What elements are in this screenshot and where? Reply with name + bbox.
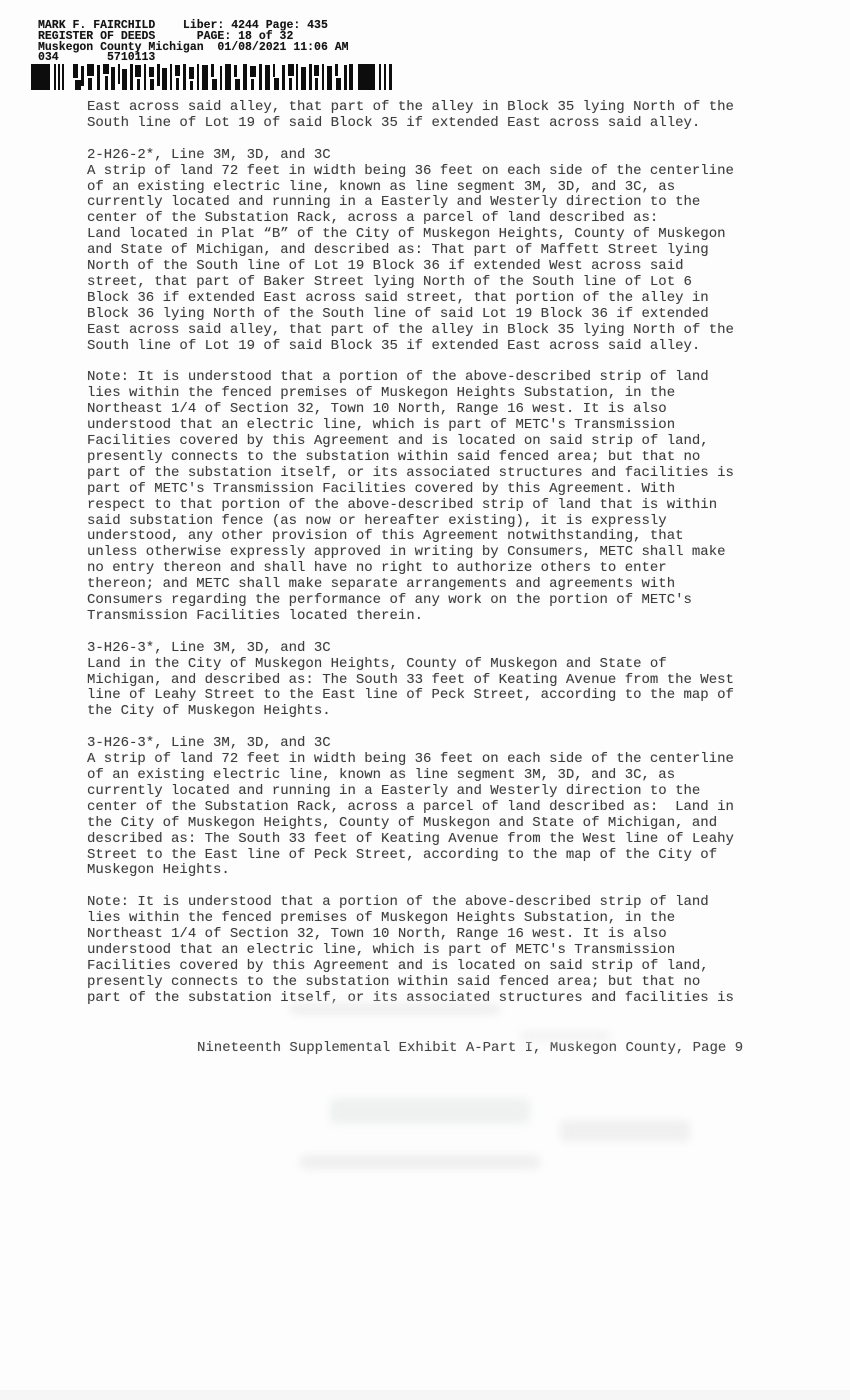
scan-artifact	[560, 1120, 690, 1142]
paragraph-continuation: East across said alley, that part of the…	[87, 100, 767, 132]
barcode	[31, 63, 395, 92]
scan-edge-shadow	[0, 1390, 850, 1400]
scanned-deed-page: MARK F. FAIRCHILD Liber: 4244 Page: 435 …	[0, 0, 850, 1400]
paragraph-note-2-partial: Note: It is understood that a portion of…	[87, 895, 767, 1006]
paragraph-section-2-h26-2: 2-H26-2*, Line 3M, 3D, and 3C A strip of…	[87, 148, 767, 355]
paragraph-note-1: Note: It is understood that a portion of…	[87, 370, 767, 625]
register-of-deeds-stamp: MARK F. FAIRCHILD Liber: 4244 Page: 435 …	[38, 21, 349, 64]
document-body: East across said alley, that part of the…	[87, 100, 767, 1056]
scan-artifact	[330, 1098, 530, 1124]
exhibit-page-footer: Nineteenth Supplemental Exhibit A-Part I…	[197, 1041, 767, 1057]
scan-artifact	[300, 1155, 540, 1169]
paragraph-section-3-h26-3-land: 3-H26-3*, Line 3M, 3D, and 3C Land in th…	[87, 641, 767, 721]
paragraph-section-3-h26-3-strip: 3-H26-3*, Line 3M, 3D, and 3C A strip of…	[87, 736, 767, 879]
